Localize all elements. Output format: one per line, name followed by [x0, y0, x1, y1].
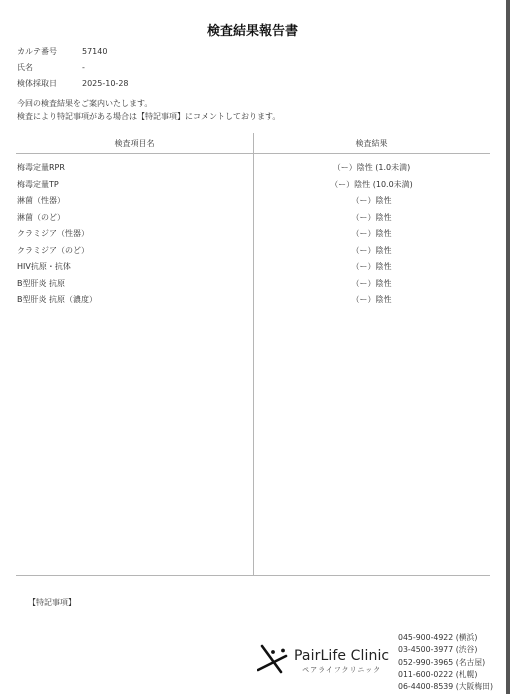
- test-result: （ー）陰性: [253, 278, 490, 289]
- intro-text: 今回の検査結果をご案内いたします。 検査により特記事項がある場合は【特記事項】に…: [17, 97, 280, 123]
- clinic-name-en: PairLife Clinic: [294, 648, 389, 664]
- page-edge-scrollbar[interactable]: [506, 0, 510, 694]
- phone-yokohama: 045-900-4922 (横浜): [398, 632, 493, 644]
- test-name: B型肝炎 抗原（濃度）: [17, 294, 97, 305]
- phone-osaka-umeda: 06-4400-8539 (大阪梅田): [398, 681, 493, 693]
- phone-sapporo: 011-600-0222 (札幌): [398, 669, 493, 681]
- table-row: 淋菌（性器） （ー）陰性: [16, 193, 490, 210]
- header-test-name: 検査項目名: [16, 138, 253, 149]
- pairlife-logo-icon: [257, 643, 289, 679]
- phone-shibuya: 03-4500-3977 (渋谷): [398, 644, 493, 656]
- test-result: （ー）陰性: [253, 294, 490, 305]
- clinic-name: PairLife Clinic ペアライフクリニック: [294, 648, 389, 675]
- test-name: 梅毒定量RPR: [17, 162, 65, 173]
- intro-line-2: 検査により特記事項がある場合は【特記事項】にコメントしております。: [17, 110, 280, 123]
- clinic-name-jp: ペアライフクリニック: [294, 665, 389, 675]
- table-row: クラミジア（性器） （ー）陰性: [16, 226, 490, 243]
- patient-name-row: 氏名 -: [17, 59, 129, 75]
- collection-date-label: 検体採取日: [17, 78, 82, 89]
- clinic-phone-list: 045-900-4922 (横浜) 03-4500-3977 (渋谷) 052-…: [398, 632, 493, 693]
- report-page: 検査結果報告書 カルテ番号 57140 氏名 - 検体採取日 2025-10-2…: [0, 0, 510, 694]
- clinic-logo: PairLife Clinic ペアライフクリニック: [257, 643, 389, 679]
- test-result: （ー）陰性: [253, 228, 490, 239]
- test-name: 淋菌（のど）: [17, 212, 65, 223]
- test-result: （ー）陰性: [253, 212, 490, 223]
- test-name: 梅毒定量TP: [17, 179, 59, 190]
- collection-date-value: 2025-10-28: [82, 79, 129, 88]
- intro-line-1: 今回の検査結果をご案内いたします。: [17, 97, 280, 110]
- collection-date-row: 検体採取日 2025-10-28: [17, 75, 129, 91]
- chart-number-row: カルテ番号 57140: [17, 43, 129, 59]
- results-table-body: 梅毒定量RPR （ー）陰性 (1.0未満) 梅毒定量TP （ー）陰性 (10.0…: [16, 160, 490, 309]
- table-row: HIV抗原・抗体 （ー）陰性: [16, 259, 490, 276]
- table-row: B型肝炎 抗原 （ー）陰性: [16, 276, 490, 293]
- header-test-result: 検査結果: [253, 138, 490, 149]
- test-name: クラミジア（のど）: [17, 245, 89, 256]
- patient-name-label: 氏名: [17, 62, 82, 73]
- table-row: 梅毒定量TP （ー）陰性 (10.0未満): [16, 177, 490, 194]
- table-row: 淋菌（のど） （ー）陰性: [16, 210, 490, 227]
- table-row: B型肝炎 抗原（濃度） （ー）陰性: [16, 292, 490, 309]
- patient-name-value: -: [82, 63, 85, 72]
- test-result: （ー）陰性: [253, 195, 490, 206]
- chart-number-value: 57140: [82, 47, 107, 56]
- phone-nagoya: 052-990-3965 (名古屋): [398, 657, 493, 669]
- special-notes-label: 【特記事項】: [28, 597, 76, 608]
- test-name: 淋菌（性器）: [17, 195, 65, 206]
- test-name: クラミジア（性器）: [17, 228, 89, 239]
- test-result: （ー）陰性 (1.0未満): [253, 162, 490, 173]
- test-name: B型肝炎 抗原: [17, 278, 65, 289]
- test-result: （ー）陰性: [253, 245, 490, 256]
- table-row: 梅毒定量RPR （ー）陰性 (1.0未満): [16, 160, 490, 177]
- test-result: （ー）陰性: [253, 261, 490, 272]
- test-result: （ー）陰性 (10.0未満): [253, 179, 490, 190]
- page-title: 検査結果報告書: [0, 20, 505, 39]
- patient-info: カルテ番号 57140 氏名 - 検体採取日 2025-10-28: [17, 43, 129, 91]
- table-bottom-border: [16, 575, 490, 576]
- table-row: クラミジア（のど） （ー）陰性: [16, 243, 490, 260]
- chart-number-label: カルテ番号: [17, 46, 82, 57]
- test-name: HIV抗原・抗体: [17, 261, 71, 272]
